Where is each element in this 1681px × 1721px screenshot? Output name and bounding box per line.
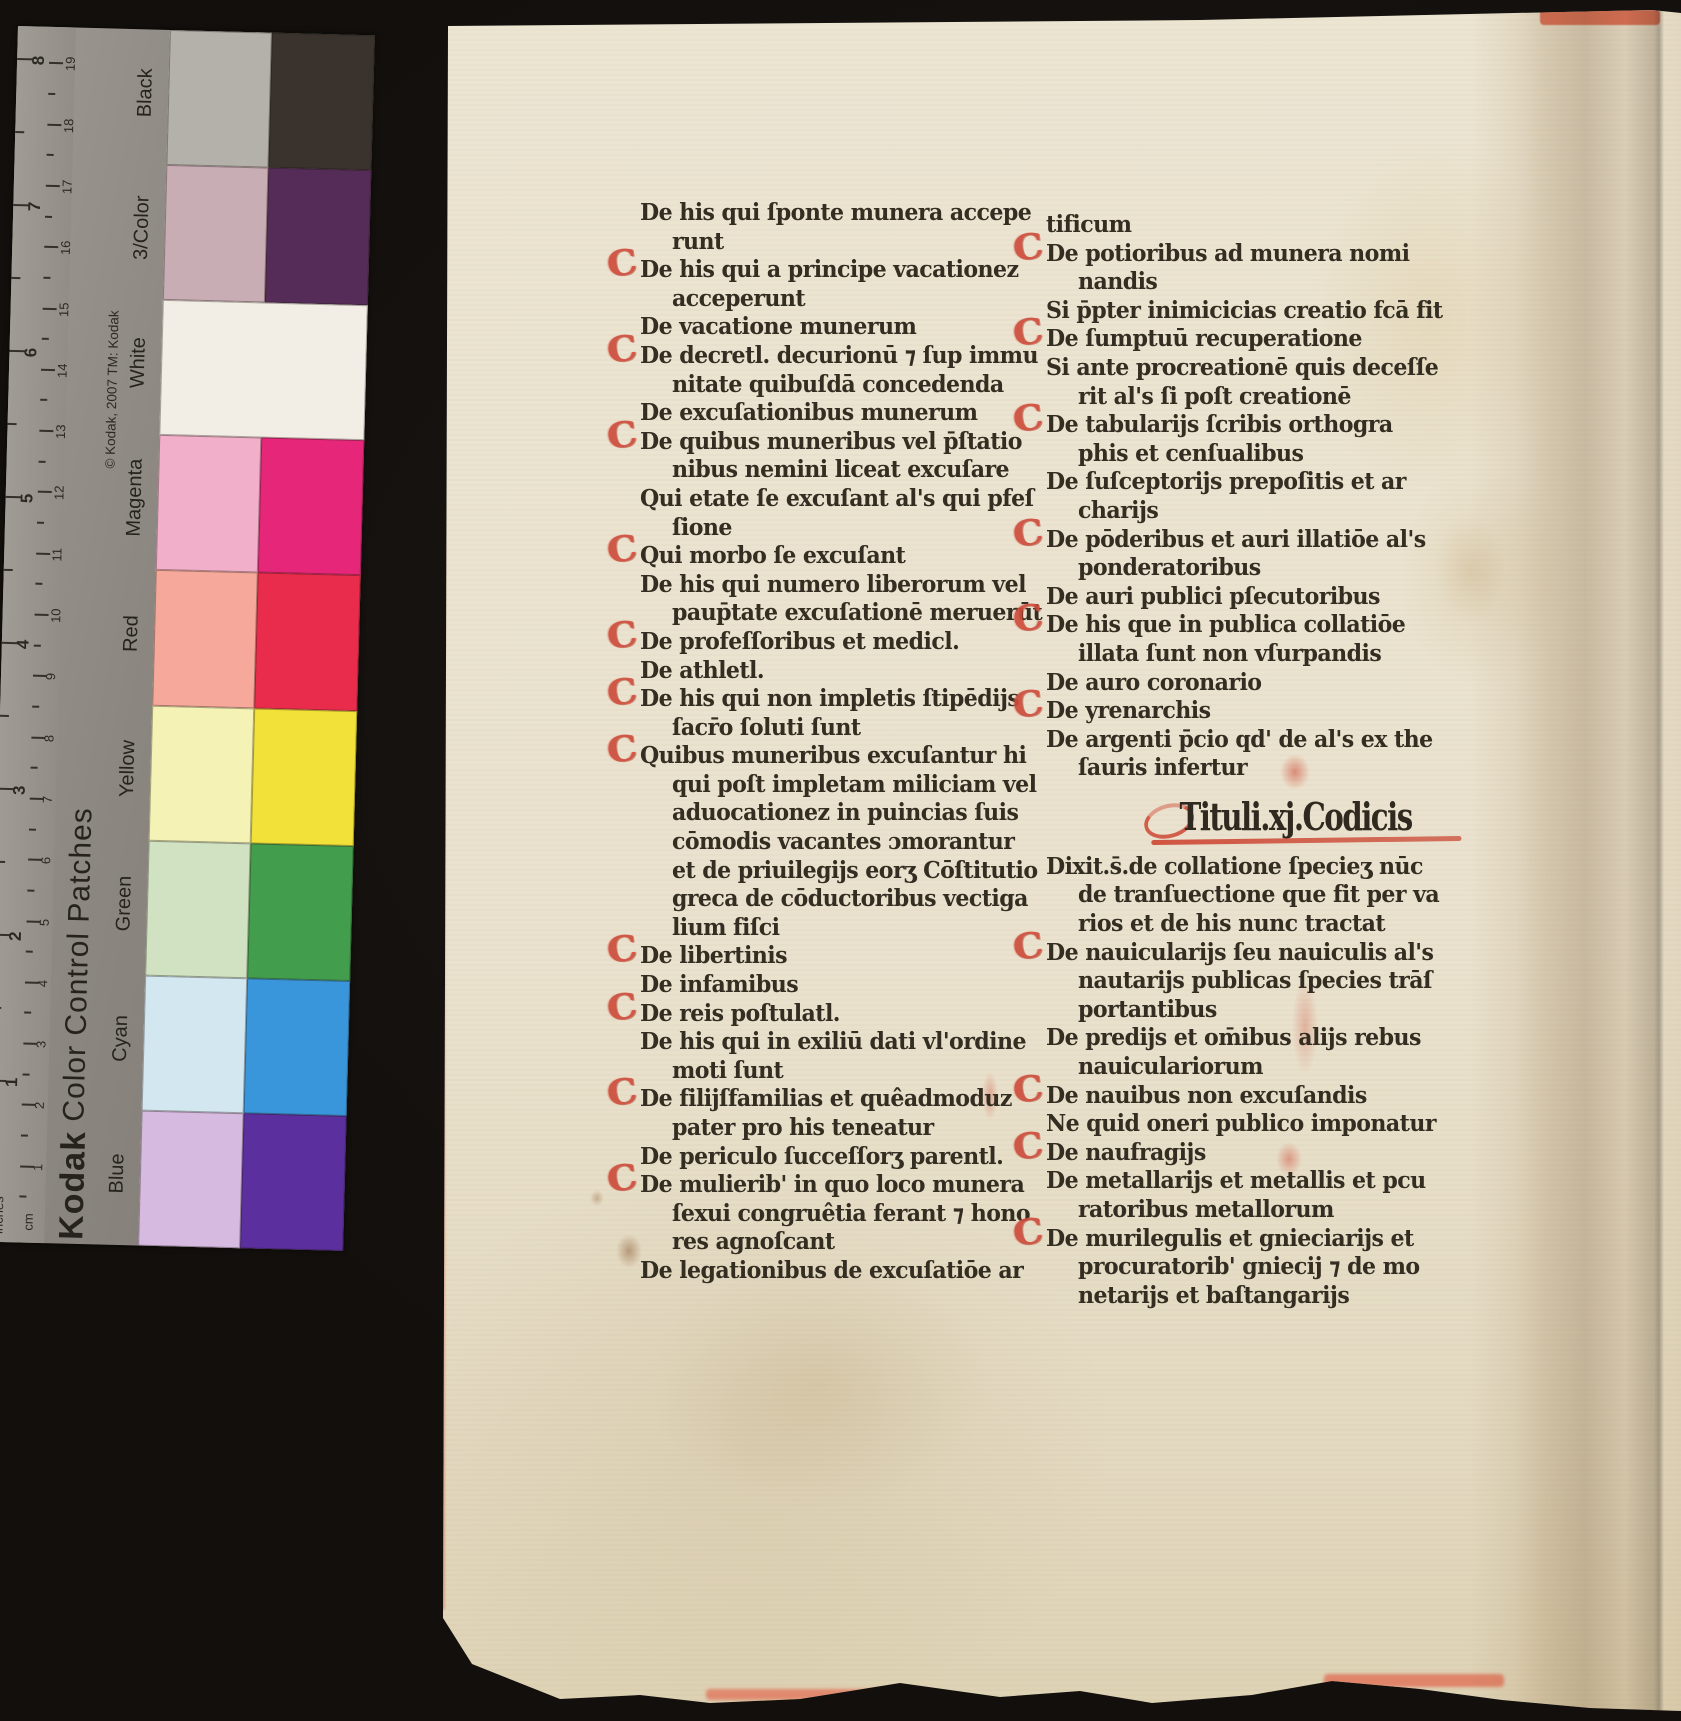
toc-entry: CDe mulierib' in quo loco muneraſexui co… [640, 1170, 1025, 1256]
inch-half-tick [0, 1007, 1, 1009]
stain [590, 1190, 604, 1206]
patch-label-cyan: Cyan [108, 971, 142, 1107]
cm-half-tick [19, 1196, 26, 1198]
lombard-initial-icon: C [605, 1077, 638, 1110]
cm-half-tick [27, 889, 34, 891]
kodak-brand-rest: Color Control Patches [57, 807, 98, 1132]
text-line: De nauibus non excuſandis [1046, 1081, 1431, 1110]
text-line: nautarijs publicas ſpecies trāſ [1046, 966, 1431, 995]
toc-entry: CDe profeſſoribus et medicl. [640, 627, 1025, 656]
patch-label-blue: Blue [104, 1106, 138, 1242]
lombard-initial-icon: C [1011, 931, 1044, 964]
text-line: De nauicularijs ſeu nauiculis al's [1046, 938, 1431, 967]
cm-number: 6 [38, 857, 53, 865]
text-line: netarijs et baſtangarijs [1046, 1281, 1431, 1310]
cm-half-tick [40, 399, 47, 401]
cm-number: 8 [41, 734, 56, 742]
kodak-wordmark: Kodak [52, 1130, 93, 1240]
toc-entry: De auro coronario [1046, 668, 1431, 697]
toc-entry: De periculo ſucceſſorʒ parentl. [640, 1142, 1025, 1171]
text-line: portantibus [1046, 995, 1431, 1024]
cm-half-tick [21, 1134, 28, 1136]
text-line: phis et cenſualibus [1046, 439, 1431, 468]
inch-half-tick [11, 277, 20, 279]
text-line: De his qui numero liberorum vel [640, 570, 1025, 599]
toc-entry: De auri publici pſecutoribus [1046, 582, 1431, 611]
inch-half-tick [8, 423, 17, 425]
text-line: De tabularijs ſcribis orthogra [1046, 410, 1431, 439]
text-line: illata ſunt non vſurpandis [1046, 639, 1431, 668]
toc-entry: Dixit.s̄.de collatione ſpecieʒ nūcde tra… [1046, 852, 1431, 938]
text-line: De his qui non impletis ſtipēdijs [640, 684, 1025, 713]
text-line: nibus nemini liceat excuſare [640, 455, 1025, 484]
text-column-left: De his qui ſponte munera acceperuntCDe h… [640, 198, 1025, 1285]
cm-half-tick [29, 828, 36, 830]
text-line: De profeſſoribus et medicl. [640, 627, 1025, 656]
toc-entry: Ne quid oneri publico imponatur [1046, 1109, 1431, 1138]
inches-label: inches [0, 1196, 6, 1234]
text-line: tificum [1046, 210, 1431, 239]
text-line: ſione [640, 513, 1025, 542]
cm-number: 9 [43, 673, 58, 681]
patch-blue-light [138, 1110, 244, 1248]
text-line: De pōderibus et auri illatiōe al's [1046, 525, 1431, 554]
cm-half-tick [42, 338, 49, 340]
text-line: De legationibus de excuſatiōe ar [640, 1256, 1025, 1285]
patch-cyan-dark [244, 978, 351, 1116]
lombard-initial-icon: C [1011, 232, 1044, 265]
patch-label-red: Red [118, 565, 152, 701]
text-line: De auro coronario [1046, 668, 1431, 697]
text-line: Quibus muneribus excuſantur hi [640, 741, 1025, 770]
lombard-initial-icon: C [605, 1163, 638, 1196]
text-line: De libertinis [640, 941, 1025, 970]
cm-tick [49, 62, 63, 64]
text-line: De predijs et om̄ibus alijs rebus [1046, 1023, 1431, 1052]
red-page-edge [440, 62, 445, 1610]
lombard-initial-icon: C [1011, 403, 1044, 436]
patch-black-light [166, 30, 272, 168]
lombard-initial-icon: C [605, 934, 638, 967]
inch-half-tick [4, 569, 13, 571]
patch-label-3/color: 3/Color [129, 160, 163, 296]
lombard-initial-icon: C [605, 677, 638, 710]
text-line: paup̄tate excuſationē meruerūt [640, 598, 1025, 627]
text-line: De periculo ſucceſſorʒ parentl. [640, 1142, 1025, 1171]
patch-red-light [152, 570, 258, 708]
patch-3/color-dark [265, 168, 372, 306]
lombard-initial-icon: C [605, 992, 638, 1025]
cm-half-tick [45, 215, 52, 217]
cm-number: 5 [37, 918, 52, 926]
red-page-edge [1540, 10, 1660, 25]
patch-white [159, 300, 367, 440]
text-line: ſacr̄o ſoluti ſunt [640, 713, 1025, 742]
cm-half-tick [35, 583, 42, 585]
text-line: acceperunt [640, 284, 1025, 313]
cm-number: 3 [33, 1041, 48, 1049]
text-line: rios et de his nunc tractat [1046, 909, 1431, 938]
text-line: runt [640, 227, 1025, 256]
text-line: greca de cōductoribus vectiga [640, 884, 1025, 913]
text-line: De his qui ſponte munera accepe [640, 198, 1025, 227]
inch-number: 2 [6, 931, 26, 941]
text-line: De athletl. [640, 656, 1025, 685]
cm-half-tick [37, 522, 44, 524]
toc-entry: De infamibus [640, 970, 1025, 999]
toc-entry: De his qui ſponte munera acceperunt [640, 198, 1025, 255]
lombard-initial-icon: C [1011, 689, 1044, 722]
toc-entry: CDe quibus muneribus vel p̄ſtationibus n… [640, 427, 1025, 484]
inch-number: 3 [10, 785, 30, 795]
cm-half-tick [32, 705, 39, 707]
text-line: ſauris infertur [1046, 753, 1431, 782]
cm-half-tick [43, 277, 50, 279]
toc-entry: De athletl. [640, 656, 1025, 685]
text-line: De argenti p̄cio qd' de al's ex the [1046, 725, 1431, 754]
text-line: De naufragijs [1046, 1138, 1431, 1167]
cm-number: 2 [32, 1102, 47, 1110]
lombard-initial-icon: C [1011, 517, 1044, 550]
text-column-right: tificumCDe potioribus ad munera nominand… [1046, 210, 1431, 1309]
text-line: De metallarijs et metallis et pcu [1046, 1166, 1431, 1195]
text-line: ponderatoribus [1046, 553, 1431, 582]
cm-tick [35, 614, 49, 616]
cm-half-tick [39, 460, 46, 462]
stain [616, 1234, 642, 1268]
book-page: De his qui ſponte munera acceperuntCDe h… [440, 10, 1681, 1721]
patch-yellow-light [149, 705, 255, 843]
text-line: rit al's ſi poſt creationē [1046, 382, 1431, 411]
inch-number: 7 [25, 202, 45, 212]
lombard-initial-icon: C [605, 334, 638, 367]
text-line: De yrenarchis [1046, 696, 1431, 725]
text-line: qui poſt impletam miliciam vel [640, 770, 1025, 799]
patch-label-green: Green [111, 835, 145, 971]
cm-number: 1 [30, 1163, 45, 1171]
text-line: Qui morbo ſe excuſant [640, 541, 1025, 570]
cm-half-tick [26, 951, 33, 953]
text-line: De infamibus [640, 970, 1025, 999]
text-line: De his que in publica collatiōe [1046, 610, 1431, 639]
text-line: De his qui a principe vacationez [640, 255, 1025, 284]
text-line: De decretl. decurionū ⁊ ſup immu [640, 341, 1025, 370]
lombard-initial-icon: C [1011, 1074, 1044, 1107]
patch-label-yellow: Yellow [115, 700, 149, 836]
kodak-color-control-strip: 1234567812345678910111213141516171819inc… [0, 26, 375, 1251]
toc-entry: CQuibus muneribus excuſantur hiqui poſt … [640, 741, 1025, 941]
text-line: ſexui congruêtia ferant ⁊ hono [640, 1199, 1025, 1228]
text-line: de tranſuectione que fit per va [1046, 880, 1431, 909]
toc-entry: De legationibus de excuſatiōe ar [640, 1256, 1025, 1285]
cm-half-tick [31, 767, 38, 769]
toc-entry: De vacatione munerum [640, 312, 1025, 341]
inch-half-tick [0, 861, 5, 863]
toc-entry: tificum [1046, 210, 1431, 239]
toc-entry: CQui morbo ſe excuſant [640, 541, 1025, 570]
lombard-initial-icon: C [605, 734, 638, 767]
lombard-initial-icon: C [605, 534, 638, 567]
section-title: Tituli.xj.Codicis [1179, 792, 1411, 842]
toc-entry: CDe potioribus ad munera nominandis [1046, 239, 1431, 296]
text-line: procuratorib' gniecij ⁊ de mo [1046, 1252, 1431, 1281]
toc-entry: CDe libertinis [640, 941, 1025, 970]
toc-entry: CDe his qui a principe vacationezacceper… [640, 255, 1025, 312]
cm-tick [46, 185, 60, 187]
toc-entry: CDe decretl. decurionū ⁊ ſup immunitate … [640, 341, 1025, 398]
text-line: De his qui in exiliū dati vl'ordine [640, 1027, 1025, 1056]
inch-half-tick [15, 131, 24, 133]
cm-tick [44, 246, 58, 248]
patch-3/color-light [163, 165, 269, 303]
inch-number: 5 [17, 493, 37, 503]
section-header: Tituli.xj.Codicis [1179, 792, 1431, 846]
lombard-initial-icon: C [1011, 1217, 1044, 1250]
text-line: Si p̄pter inimicicias creatio fcā fit [1046, 296, 1431, 325]
cm-tick [38, 491, 52, 493]
toc-entry: Si p̄pter inimicicias creatio fcā fit [1046, 296, 1431, 325]
cm-half-tick [34, 644, 41, 646]
toc-entry: CDe reis poſtulatl. [640, 999, 1025, 1028]
text-line: De auri publici pſecutoribus [1046, 582, 1431, 611]
toc-entry: CDe naufragijs [1046, 1138, 1431, 1167]
text-line: nitate quibuſdā concedenda [640, 370, 1025, 399]
toc-entry: De his qui in exiliū dati vl'ordinemoti … [640, 1027, 1025, 1084]
cm-half-tick [48, 93, 55, 95]
text-line: De quibus muneribus vel p̄ſtatio [640, 427, 1025, 456]
stain [650, 1260, 990, 1510]
text-line: Si ante procreationē quis deceſſe [1046, 353, 1431, 382]
inch-number: 4 [13, 639, 33, 649]
patch-label-magenta: Magenta [122, 430, 156, 566]
cm-label: cm [20, 1213, 35, 1231]
inch-number: 8 [29, 56, 49, 66]
text-line: Dixit.s̄.de collatione ſpecieʒ nūc [1046, 852, 1431, 881]
toc-entry: CDe nauicularijs ſeu nauiculis al'snauta… [1046, 938, 1431, 1024]
toc-entry: De argenti p̄cio qd' de al's ex theſauri… [1046, 725, 1431, 782]
cm-tick [41, 369, 55, 371]
patch-yellow-dark [251, 708, 358, 846]
text-line: nandis [1046, 267, 1431, 296]
inch-number: 1 [2, 1077, 22, 1087]
cm-tick [43, 307, 57, 309]
text-line: Ne quid oneri publico imponatur [1046, 1109, 1431, 1138]
patch-blue-dark [240, 1113, 347, 1251]
toc-entry: De metallarijs et metallis et pcuratorib… [1046, 1166, 1431, 1223]
cm-tick [39, 430, 53, 432]
toc-entry: Qui etate ſe excuſant al's qui pfeſſione [640, 484, 1025, 541]
text-line: De ſumptuū recuperatione [1046, 324, 1431, 353]
red-page-edge [706, 1689, 902, 1700]
toc-entry: CDe yrenarchis [1046, 696, 1431, 725]
right-column-after-header: Dixit.s̄.de collatione ſpecieʒ nūcde tra… [1046, 852, 1431, 1310]
toc-entry: CDe his qui non impletis ſtipēdijsſacr̄o… [640, 684, 1025, 741]
text-line: et de priuilegijs eorʒ Cōſtitutio [640, 856, 1025, 885]
lombard-initial-icon: C [1011, 603, 1044, 636]
lombard-initial-icon: C [1011, 317, 1044, 350]
toc-entry: De ſuſceptorijs prepoſitis et archarijs [1046, 467, 1431, 524]
cm-half-tick [47, 154, 54, 156]
stain [1435, 515, 1505, 625]
toc-entry: CDe murilegulis et gnieciarijs etprocura… [1046, 1224, 1431, 1310]
inch-half-tick [0, 715, 9, 717]
text-line: De excuſationibus munerum [640, 398, 1025, 427]
patch-magenta-dark [258, 438, 365, 576]
toc-entry: CDe his que in publica collatiōeillata ſ… [1046, 610, 1431, 667]
text-line: nauiculariorum [1046, 1052, 1431, 1081]
lombard-initial-icon: C [605, 248, 638, 281]
lombard-initial-icon: C [605, 420, 638, 453]
toc-entry: CDe nauibus non excuſandis [1046, 1081, 1431, 1110]
text-line: lium fiſci [640, 913, 1025, 942]
toc-entry: De excuſationibus munerum [640, 398, 1025, 427]
patch-black-dark [268, 33, 375, 171]
patch-label-black: Black [133, 25, 167, 161]
cm-half-tick [23, 1073, 30, 1075]
patch-red-dark [254, 573, 361, 711]
text-line: Qui etate ſe excuſant al's qui pfeſ [640, 484, 1025, 513]
toc-entry: De predijs et om̄ibus alijs rebusnauicul… [1046, 1023, 1431, 1080]
text-line: moti ſunt [640, 1056, 1025, 1085]
lombard-initial-icon: C [605, 620, 638, 653]
lombard-initial-icon: C [1011, 1131, 1044, 1164]
right-column-before-header: tificumCDe potioribus ad munera nominand… [1046, 210, 1431, 782]
patch-magenta-light [156, 435, 262, 573]
toc-entry: De his qui numero liberorum velpaup̄tate… [640, 570, 1025, 627]
text-line: charijs [1046, 496, 1431, 525]
inch-number: 6 [21, 347, 41, 357]
patch-label-white: White [125, 295, 159, 431]
patch-green-light [145, 840, 251, 978]
cm-number: 4 [35, 979, 50, 987]
text-line: De ſuſceptorijs prepoſitis et ar [1046, 467, 1431, 496]
patch-green-dark [247, 843, 354, 981]
toc-entry: CDe tabularijs ſcribis orthographis et c… [1046, 410, 1431, 467]
cm-tick [47, 123, 61, 125]
text-line: aduocationez in puincias ſuis [640, 798, 1025, 827]
cm-tick [36, 552, 50, 554]
text-line: De filijſfamilias et quêadmoduz [640, 1084, 1025, 1113]
text-line: De mulierib' in quo loco munera [640, 1170, 1025, 1199]
toc-entry: CDe ſumptuū recuperatione [1046, 324, 1431, 353]
text-line: De vacatione munerum [640, 312, 1025, 341]
patch-cyan-light [142, 975, 248, 1113]
toc-entry: Si ante procreationē quis deceſſerit al'… [1046, 353, 1431, 410]
text-line: pater pro his teneatur [640, 1113, 1025, 1142]
toc-entry: CDe pōderibus et auri illatiōe al'sponde… [1046, 525, 1431, 582]
toc-entry: CDe filijſfamilias et quêadmoduzpater pr… [640, 1084, 1025, 1141]
text-line: De murilegulis et gnieciarijs et [1046, 1224, 1431, 1253]
text-line: cōmodis vacantes ɔmorantur [640, 827, 1025, 856]
cm-number: 7 [40, 796, 55, 804]
text-line: De potioribus ad munera nomi [1046, 239, 1431, 268]
text-line: ratoribus metallorum [1046, 1195, 1431, 1224]
red-page-edge [1324, 1674, 1504, 1687]
cm-half-tick [24, 1012, 31, 1014]
text-line: De reis poſtulatl. [640, 999, 1025, 1028]
text-line: res agnoſcant [640, 1227, 1025, 1256]
